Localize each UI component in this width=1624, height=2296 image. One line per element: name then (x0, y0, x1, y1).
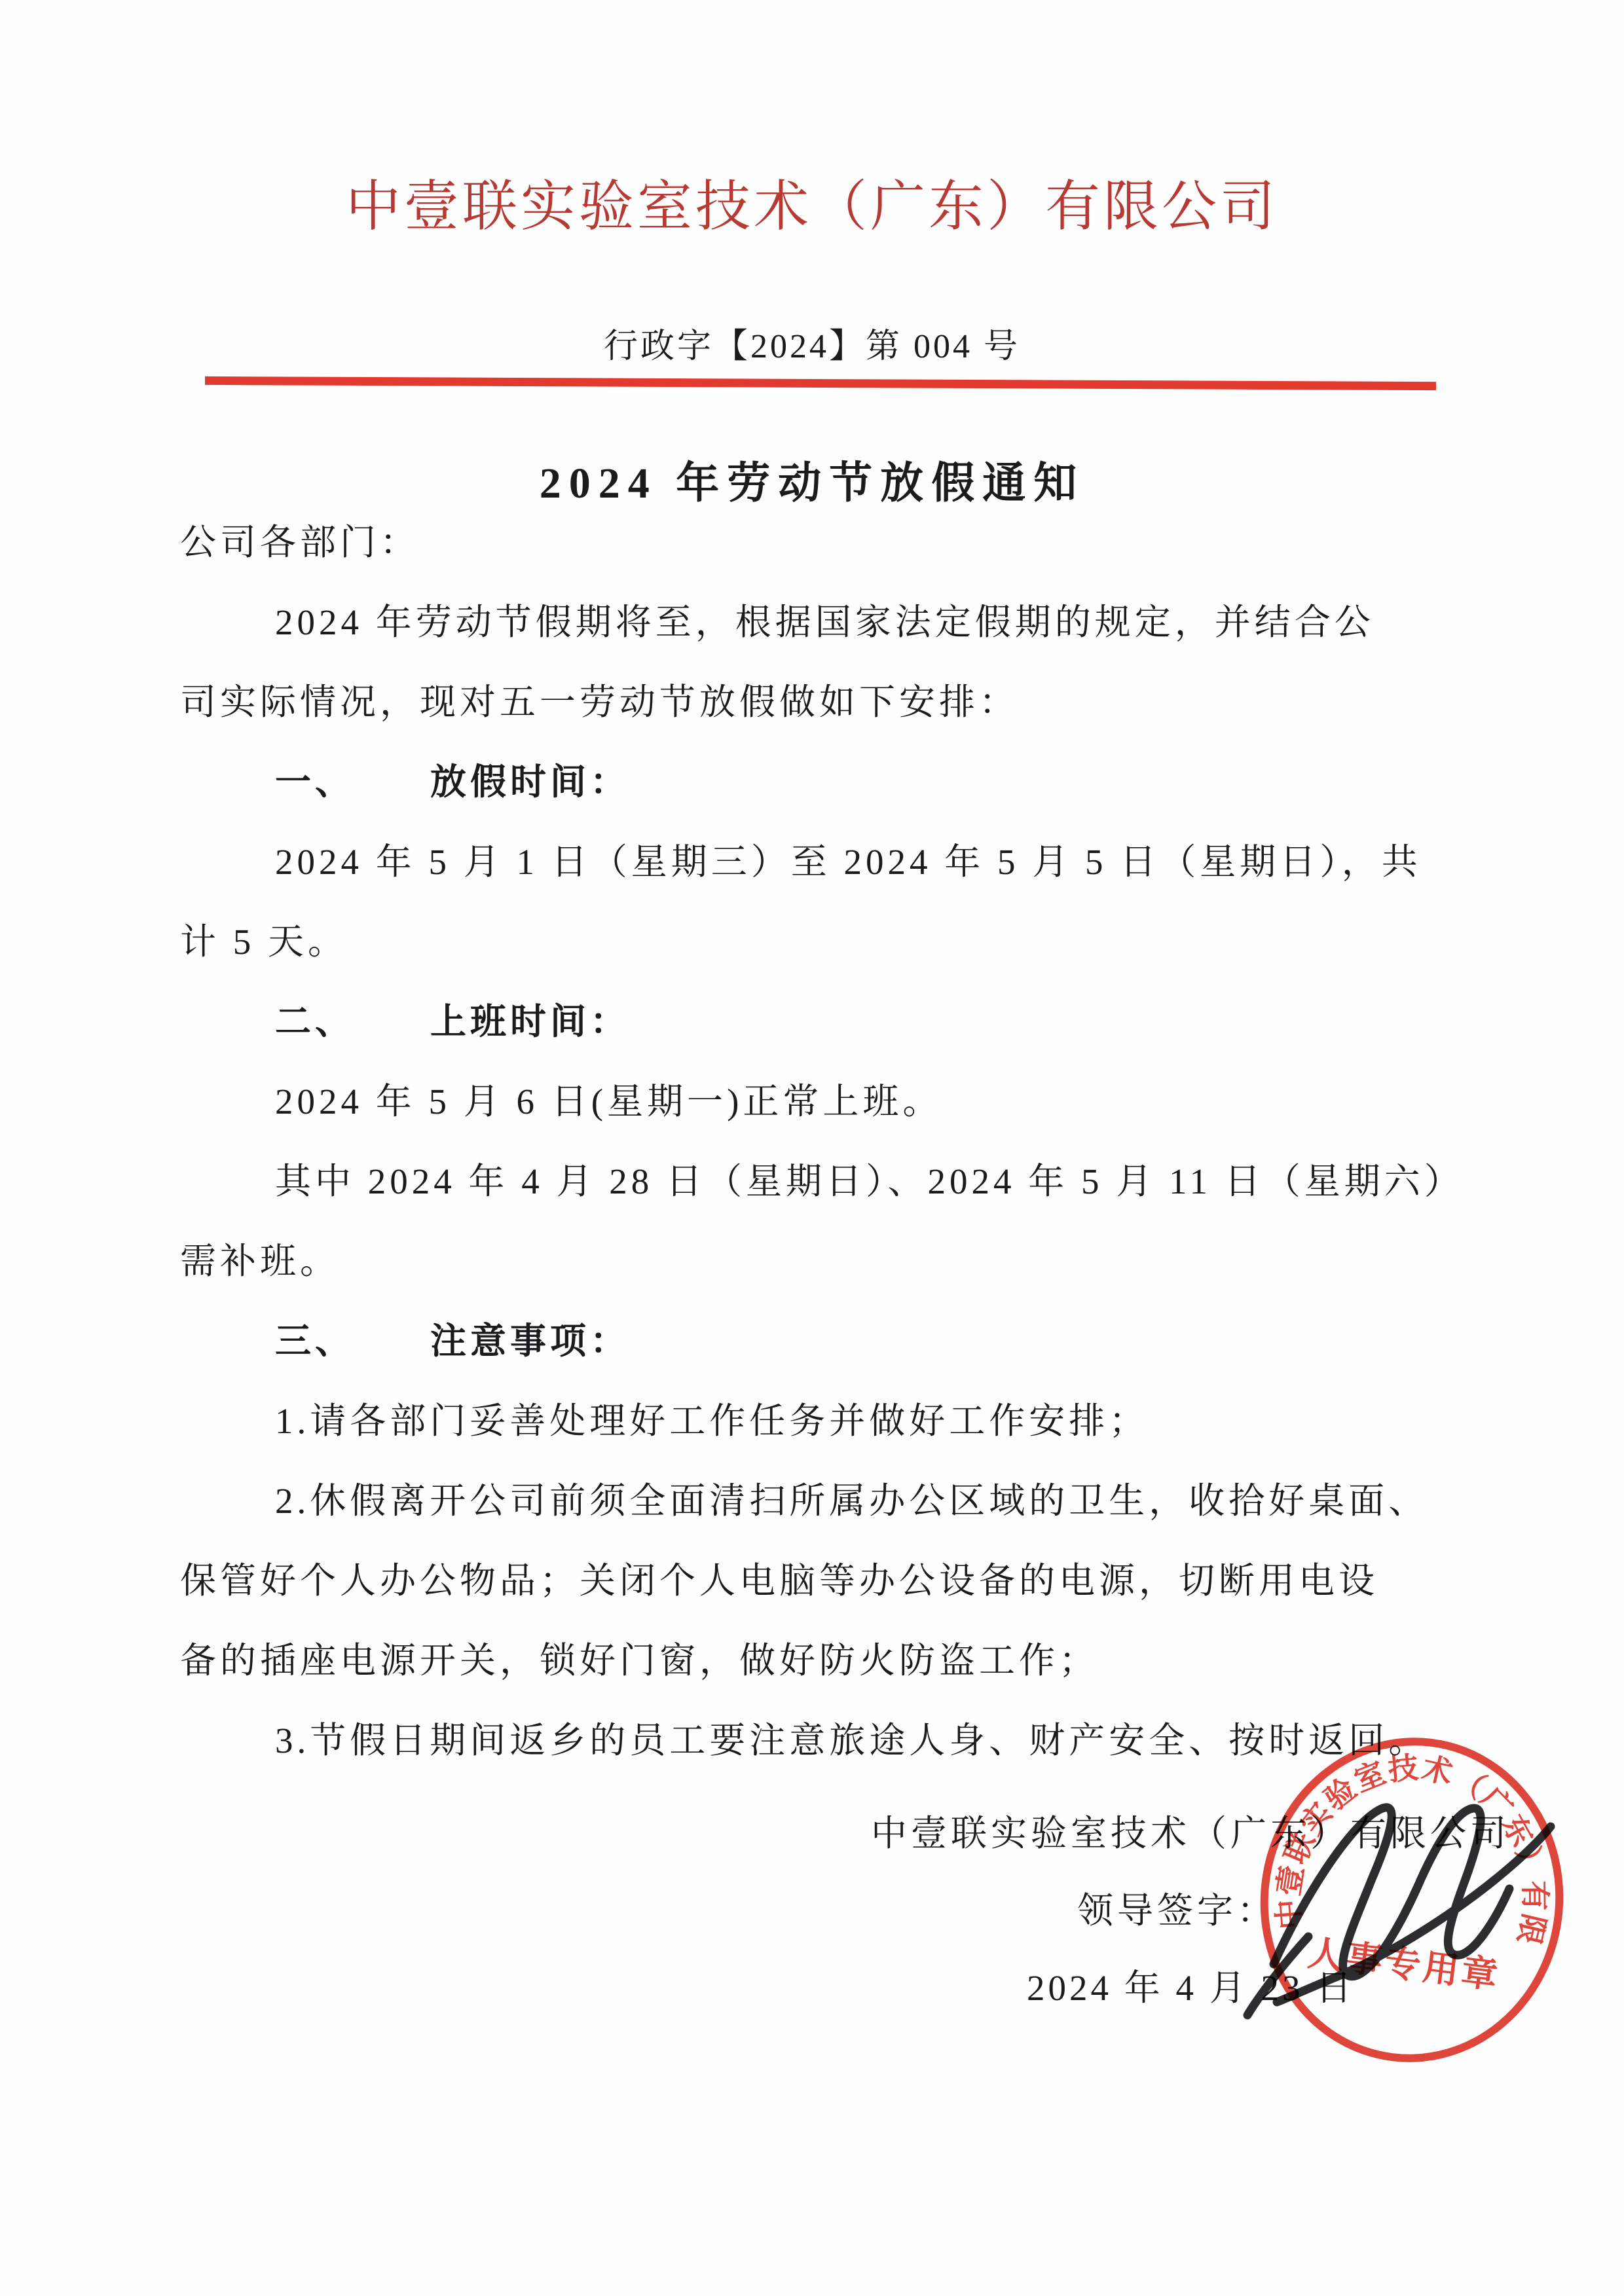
letterhead-company-title: 中壹联实验室技术（广东）有限公司 (0, 162, 1624, 242)
body-line: 其中 2024 年 4 月 28 日（星期日）、2024 年 5 月 11 日（… (180, 1142, 1444, 1222)
notice-document-page: 中壹联实验室技术（广东）有限公司 行政字【2024】第 004 号 2024 年… (0, 0, 1624, 2296)
body-line: 2024 年 5 月 6 日(星期一)正常上班。 (180, 1062, 1444, 1142)
section-heading-3: 三、注意事项： (180, 1302, 1444, 1381)
body-line: 保管好个人办公物品；关闭个人电脑等办公设备的电源，切断用电设 (180, 1541, 1444, 1621)
body-line: 计 5 天。 (180, 902, 1444, 982)
intro-line: 司实际情况，现对五一劳动节放假做如下安排： (180, 663, 1444, 742)
intro-line: 2024 年劳动节假期将至，根据国家法定假期的规定，并结合公 (180, 583, 1444, 663)
section-number: 一、 (275, 762, 355, 802)
body-line: 备的插座电源开关，锁好门窗，做好防火防盗工作； (180, 1621, 1444, 1701)
section-title: 放假时间： (430, 762, 630, 802)
stamp-center-text: 人事专用章 (1306, 1933, 1502, 1996)
body-line: 需补班。 (180, 1222, 1444, 1302)
section-title: 上班时间： (430, 1002, 630, 1042)
section-title: 注意事项： (430, 1321, 630, 1361)
notice-title: 2024 年劳动节放假通知 (0, 448, 1624, 510)
letterhead-divider-rule (205, 376, 1436, 390)
svg-text:中壹联实验室技术（广东）有限公司: 中壹联实验室技术（广东）有限公司 (1267, 1735, 1569, 1964)
body-line: 2024 年 5 月 1 日（星期三）至 2024 年 5 月 5 日（星期日）… (180, 822, 1444, 902)
body-line: 1.请各部门妥善处理好工作任务并做好工作安排； (180, 1381, 1444, 1461)
section-number: 二、 (275, 1002, 355, 1042)
stamp-ring-text: 中壹联实验室技术（广东）有限公司 (1267, 1735, 1569, 1964)
section-heading-2: 二、上班时间： (180, 982, 1444, 1062)
section-heading-1: 一、放假时间： (180, 742, 1444, 822)
signature-leader-label: 领导签字： (1077, 1882, 1277, 1933)
salutation: 公司各部门： (180, 503, 1444, 583)
doc-number: 行政字【2024】第 004 号 (0, 318, 1624, 367)
section-number: 三、 (275, 1321, 355, 1361)
notice-body: 公司各部门： 2024 年劳动节假期将至，根据国家法定假期的规定，并结合公 司实… (180, 503, 1444, 1781)
company-stamp: 中壹联实验室技术（广东）有限公司 人事专用章 (1248, 1730, 1576, 2070)
body-line: 2.休假离开公司前须全面清扫所属办公区域的卫生，收拾好桌面、 (180, 1461, 1444, 1541)
